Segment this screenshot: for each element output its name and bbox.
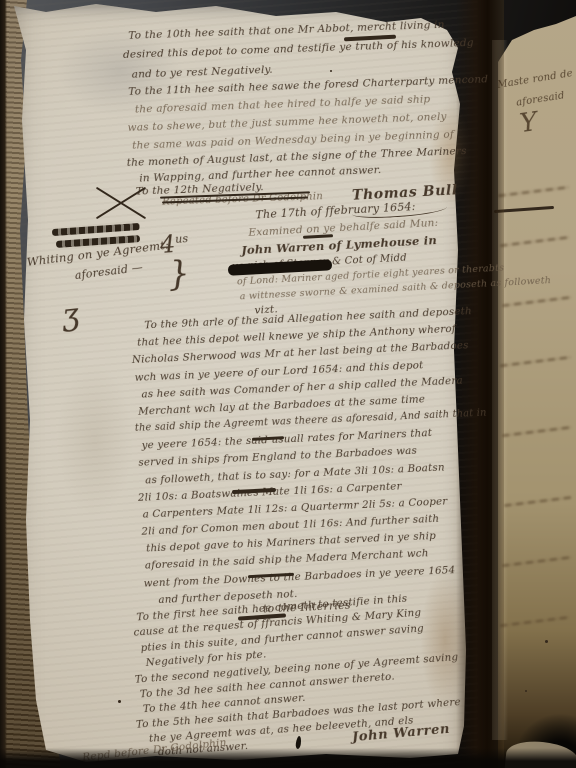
manuscript-photo: To the 10th hee saith that one Mr Abbot,… (0, 0, 576, 768)
deposition-block-middle: To the 9th arle of the said Allegation h… (130, 300, 499, 615)
manuscript-line: and to ye rest Negatively. (131, 64, 273, 81)
ink-speck (330, 70, 332, 72)
margin-note-line: aforesaid — (74, 261, 144, 282)
ink-speck (118, 700, 121, 703)
margin-bracket: } (167, 253, 192, 294)
margin-flourish: ʒ (60, 297, 81, 334)
ink-speck (545, 640, 548, 643)
bottom-shadow (0, 748, 576, 768)
session-date: The 17th of ffebruary 1654: (255, 200, 416, 221)
manuscript-line: desired this depot to come and testifie … (123, 37, 474, 61)
fore-edge-shadow (0, 0, 7, 768)
